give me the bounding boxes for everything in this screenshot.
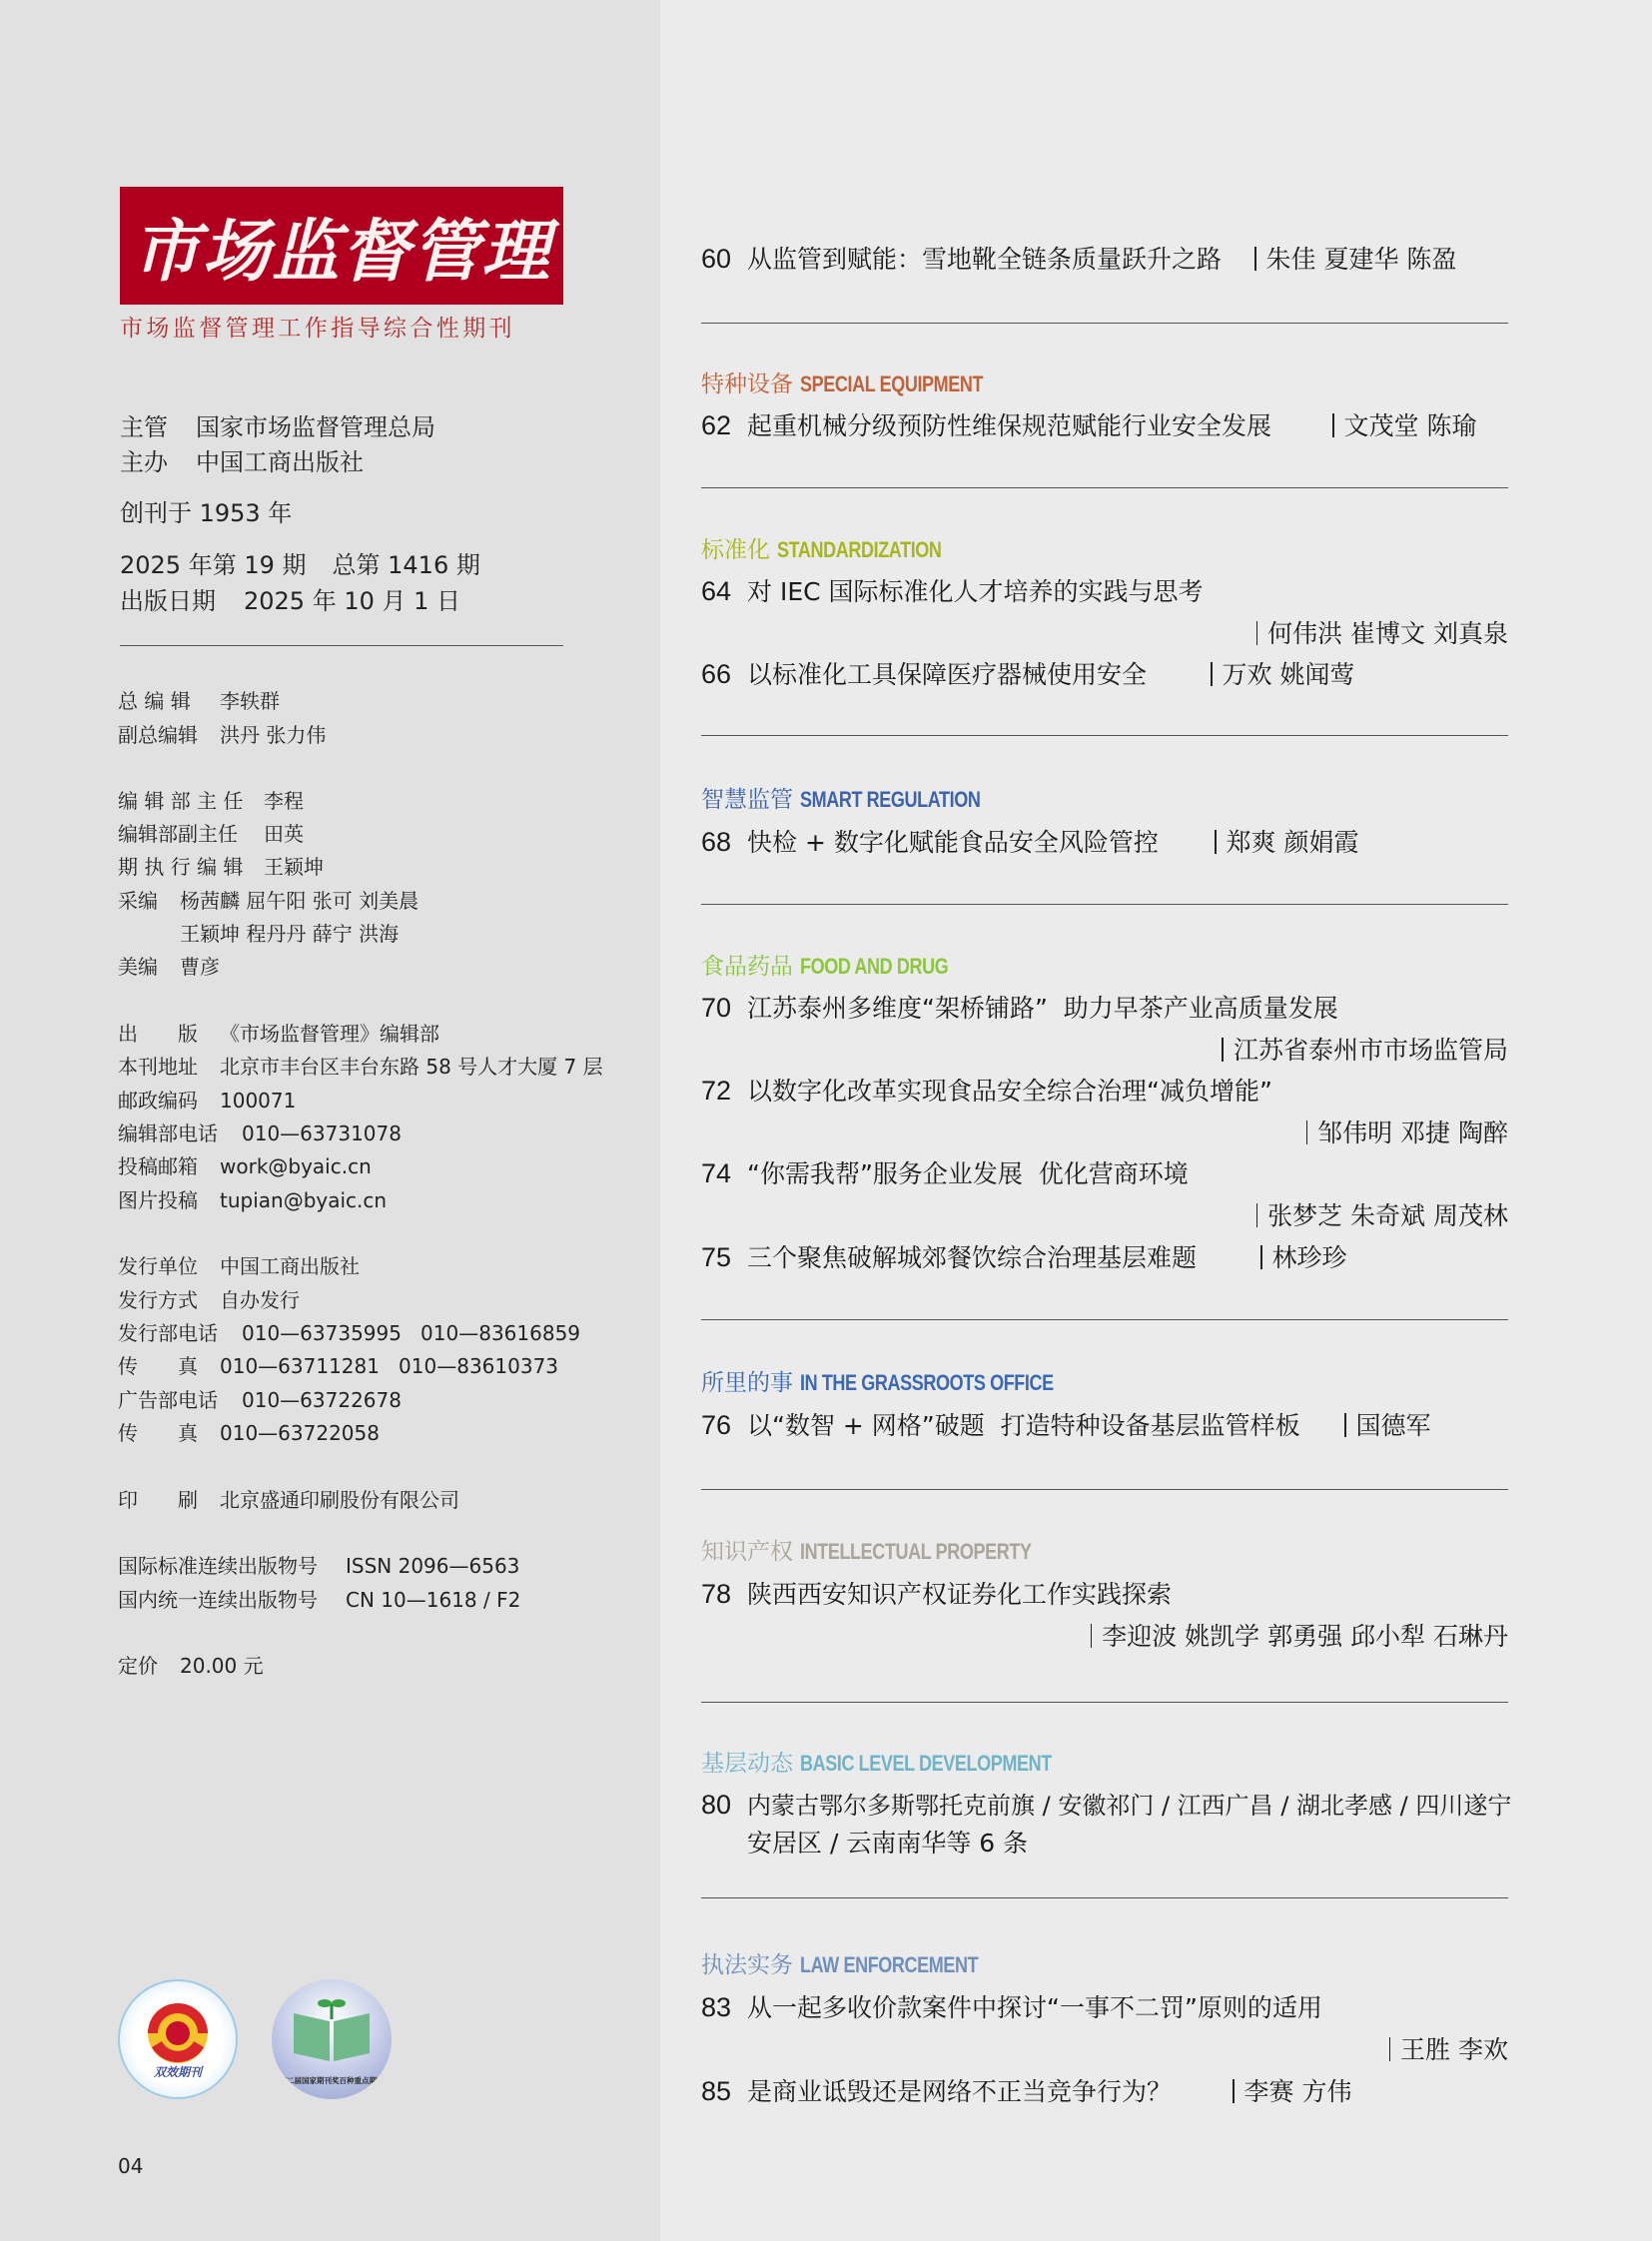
contact-row: 出 版《市场监督管理》编辑部 xyxy=(118,1018,439,1047)
section-header-grassroots-office: 所里的事 IN THE GRASSROOTS OFFICE xyxy=(701,1364,1110,1397)
open-book-sprout-icon: 第二届国家期刊奖百种重点期刊 xyxy=(272,1979,392,2099)
distribution-row: 发行单位中国工商出版社 xyxy=(118,1250,360,1279)
sponsor-line: 主办中国工商出版社 xyxy=(120,442,364,477)
price-row: 定价20.00 元 xyxy=(118,1650,264,1679)
national-journal-award-badge: 第二届国家期刊奖百种重点期刊 xyxy=(272,1979,392,2099)
staff-row: 编辑部副主任田英 xyxy=(118,818,304,847)
masthead-panel: 市场监督管理 市场监督管理工作指导综合性期刊 主管国家市场监督管理总局 主办中国… xyxy=(0,0,660,2241)
divider xyxy=(701,487,1508,488)
toc-entry[interactable]: 75三个聚焦破解城郊餐饮综合治理基层难题 林珍珍 xyxy=(701,1238,1508,1274)
contact-row: 本刊地址北京市丰台区丰台东路 58 号人才大厦 7 层 xyxy=(118,1051,603,1080)
issue-line: 2025 年第 19 期总第 1416 期 xyxy=(120,545,480,580)
divider xyxy=(701,1489,1508,1490)
printer-row: 印 刷北京盛通印刷股份有限公司 xyxy=(118,1484,459,1513)
toc-entry[interactable]: 66以标准化工具保障医疗器械使用安全 万欢 姚闻莺 xyxy=(701,655,1508,691)
divider xyxy=(120,645,563,646)
photo-email[interactable]: tupian@byaic.cn xyxy=(220,1188,387,1212)
divider xyxy=(701,1897,1508,1898)
toc-entry[interactable]: 68快检 + 数字化赋能食品安全风险管控 郑爽 颜娟霞 xyxy=(701,823,1508,859)
cn-row: 国内统一连续出版物号CN 10—1618 / F2 xyxy=(118,1584,520,1613)
issn-row: 国际标准连续出版物号ISSN 2096—6563 xyxy=(118,1550,519,1579)
supervisor-line: 主管国家市场监督管理总局 xyxy=(120,407,435,442)
toc-entry[interactable]: 80内蒙古鄂尔多斯鄂托克前旗 / 安徽祁门 / 江西广昌 / 湖北孝感 / 四川… xyxy=(701,1786,1508,1856)
staff-row: 美编曹彦 xyxy=(118,951,220,980)
toc-entry[interactable]: 76以“数智 + 网格”破题 打造特种设备基层监管样板 国德军 xyxy=(701,1406,1508,1442)
section-header-basic-level-development: 基层动态 BASIC LEVEL DEVELOPMENT xyxy=(701,1745,1107,1778)
founded-line: 创刊于 1953 年 xyxy=(120,493,292,528)
masthead-logo: 市场监督管理 xyxy=(120,187,563,305)
toc-entry[interactable]: 62起重机械分级预防性维保规范赋能行业安全发展 文茂堂 陈瑜 xyxy=(701,406,1508,442)
divider xyxy=(701,1702,1508,1703)
submission-email[interactable]: work@byaic.cn xyxy=(220,1154,372,1178)
contact-row: 编辑部电话010—63731078 xyxy=(118,1118,402,1146)
page-number: 04 xyxy=(118,2154,143,2178)
contact-row: 投稿邮箱work@byaic.cn xyxy=(118,1150,372,1179)
toc-entry[interactable]: 74“你需我帮”服务企业发展 优化营商环境 张梦芝 朱奇斌 周茂林 xyxy=(701,1154,1508,1224)
double-effect-journal-badge: 双效期刊 xyxy=(118,1979,238,2099)
distribution-row: 发行方式自办发行 xyxy=(118,1284,300,1313)
section-header-smart-regulation: 智慧监管 SMART REGULATION xyxy=(701,781,1020,814)
staff-row: 编 辑 部 主 任李程 xyxy=(118,785,304,814)
toc-entry[interactable]: 85是商业诋毁还是网络不正当竞争行为？ 李赛 方伟 xyxy=(701,2072,1508,2108)
distribution-row: 传 真010—63711281 010—83610373 xyxy=(118,1350,558,1379)
masthead-tagline: 市场监督管理工作指导综合性期刊 xyxy=(120,310,569,343)
pubdate-line: 出版日期2025 年 10 月 1 日 xyxy=(120,581,460,616)
toc-entry[interactable]: 60从监管到赋能：雪地靴全链条质量跃升之路 朱佳 夏建华 陈盈 xyxy=(701,240,1508,276)
staff-row: 采编杨茜麟 屈午阳 张可 刘美晨 xyxy=(118,885,418,914)
section-header-food-and-drug: 食品药品 FOOD AND DRUG xyxy=(701,948,981,981)
divider xyxy=(701,904,1508,905)
distribution-row: 传 真010—63722058 xyxy=(118,1417,380,1446)
section-header-special-equipment: 特种设备 SPECIAL EQUIPMENT xyxy=(701,366,1024,398)
distribution-row: 广告部电话010—63722678 xyxy=(118,1384,402,1413)
divider xyxy=(701,323,1508,324)
toc-entry[interactable]: 70江苏泰州多维度“架桥铺路” 助力早茶产业高质量发展 江苏省泰州市市场监管局 xyxy=(701,989,1508,1059)
contact-row: 邮政编码100071 xyxy=(118,1085,296,1114)
section-header-law-enforcement: 执法实务 LAW ENFORCEMENT xyxy=(701,1946,1018,1979)
toc-entry[interactable]: 64对 IEC 国际标准化人才培养的实践与思考 何伟洪 崔博文 刘真泉 xyxy=(701,572,1508,642)
toc-entry[interactable]: 83从一起多收价款案件中探讨“一事不二罚”原则的适用 王胜 李欢 xyxy=(701,1988,1508,2058)
svg-text:双效期刊: 双效期刊 xyxy=(153,2065,205,2079)
staff-row: 王颖坤 程丹丹 薛宁 洪海 xyxy=(118,918,399,947)
staff-row: 副总编辑洪丹 张力伟 xyxy=(118,719,326,748)
divider xyxy=(701,735,1508,736)
section-header-intellectual-property: 知识产权 INTELLECTUAL PROPERTY xyxy=(701,1533,1083,1566)
section-header-standardization: 标准化 STANDARDIZATION xyxy=(701,531,978,564)
award-badges: 双效期刊 第二届国家期刊奖百种重点期刊 xyxy=(118,1979,398,2109)
toc-entry[interactable]: 78陕西西安知识产权证券化工作实践探索 李迎波 姚凯学 郭勇强 邱小犁 石琳丹 xyxy=(701,1575,1508,1645)
spiral-eye-icon: 双效期刊 xyxy=(120,1981,236,2097)
contact-row: 图片投稿tupian@byaic.cn xyxy=(118,1184,387,1213)
staff-row: 总 编 辑李轶群 xyxy=(118,685,280,714)
divider xyxy=(701,1319,1508,1320)
distribution-row: 发行部电话010—63735995 010—83616859 xyxy=(118,1317,580,1346)
svg-text:第二届国家期刊奖百种重点期刊: 第二届国家期刊奖百种重点期刊 xyxy=(280,2075,385,2085)
staff-row: 期 执 行 编 辑王颖坤 xyxy=(118,851,324,880)
toc-entry[interactable]: 72以数字化改革实现食品安全综合治理“减负增能” 邹伟明 邓捷 陶醉 xyxy=(701,1072,1508,1141)
